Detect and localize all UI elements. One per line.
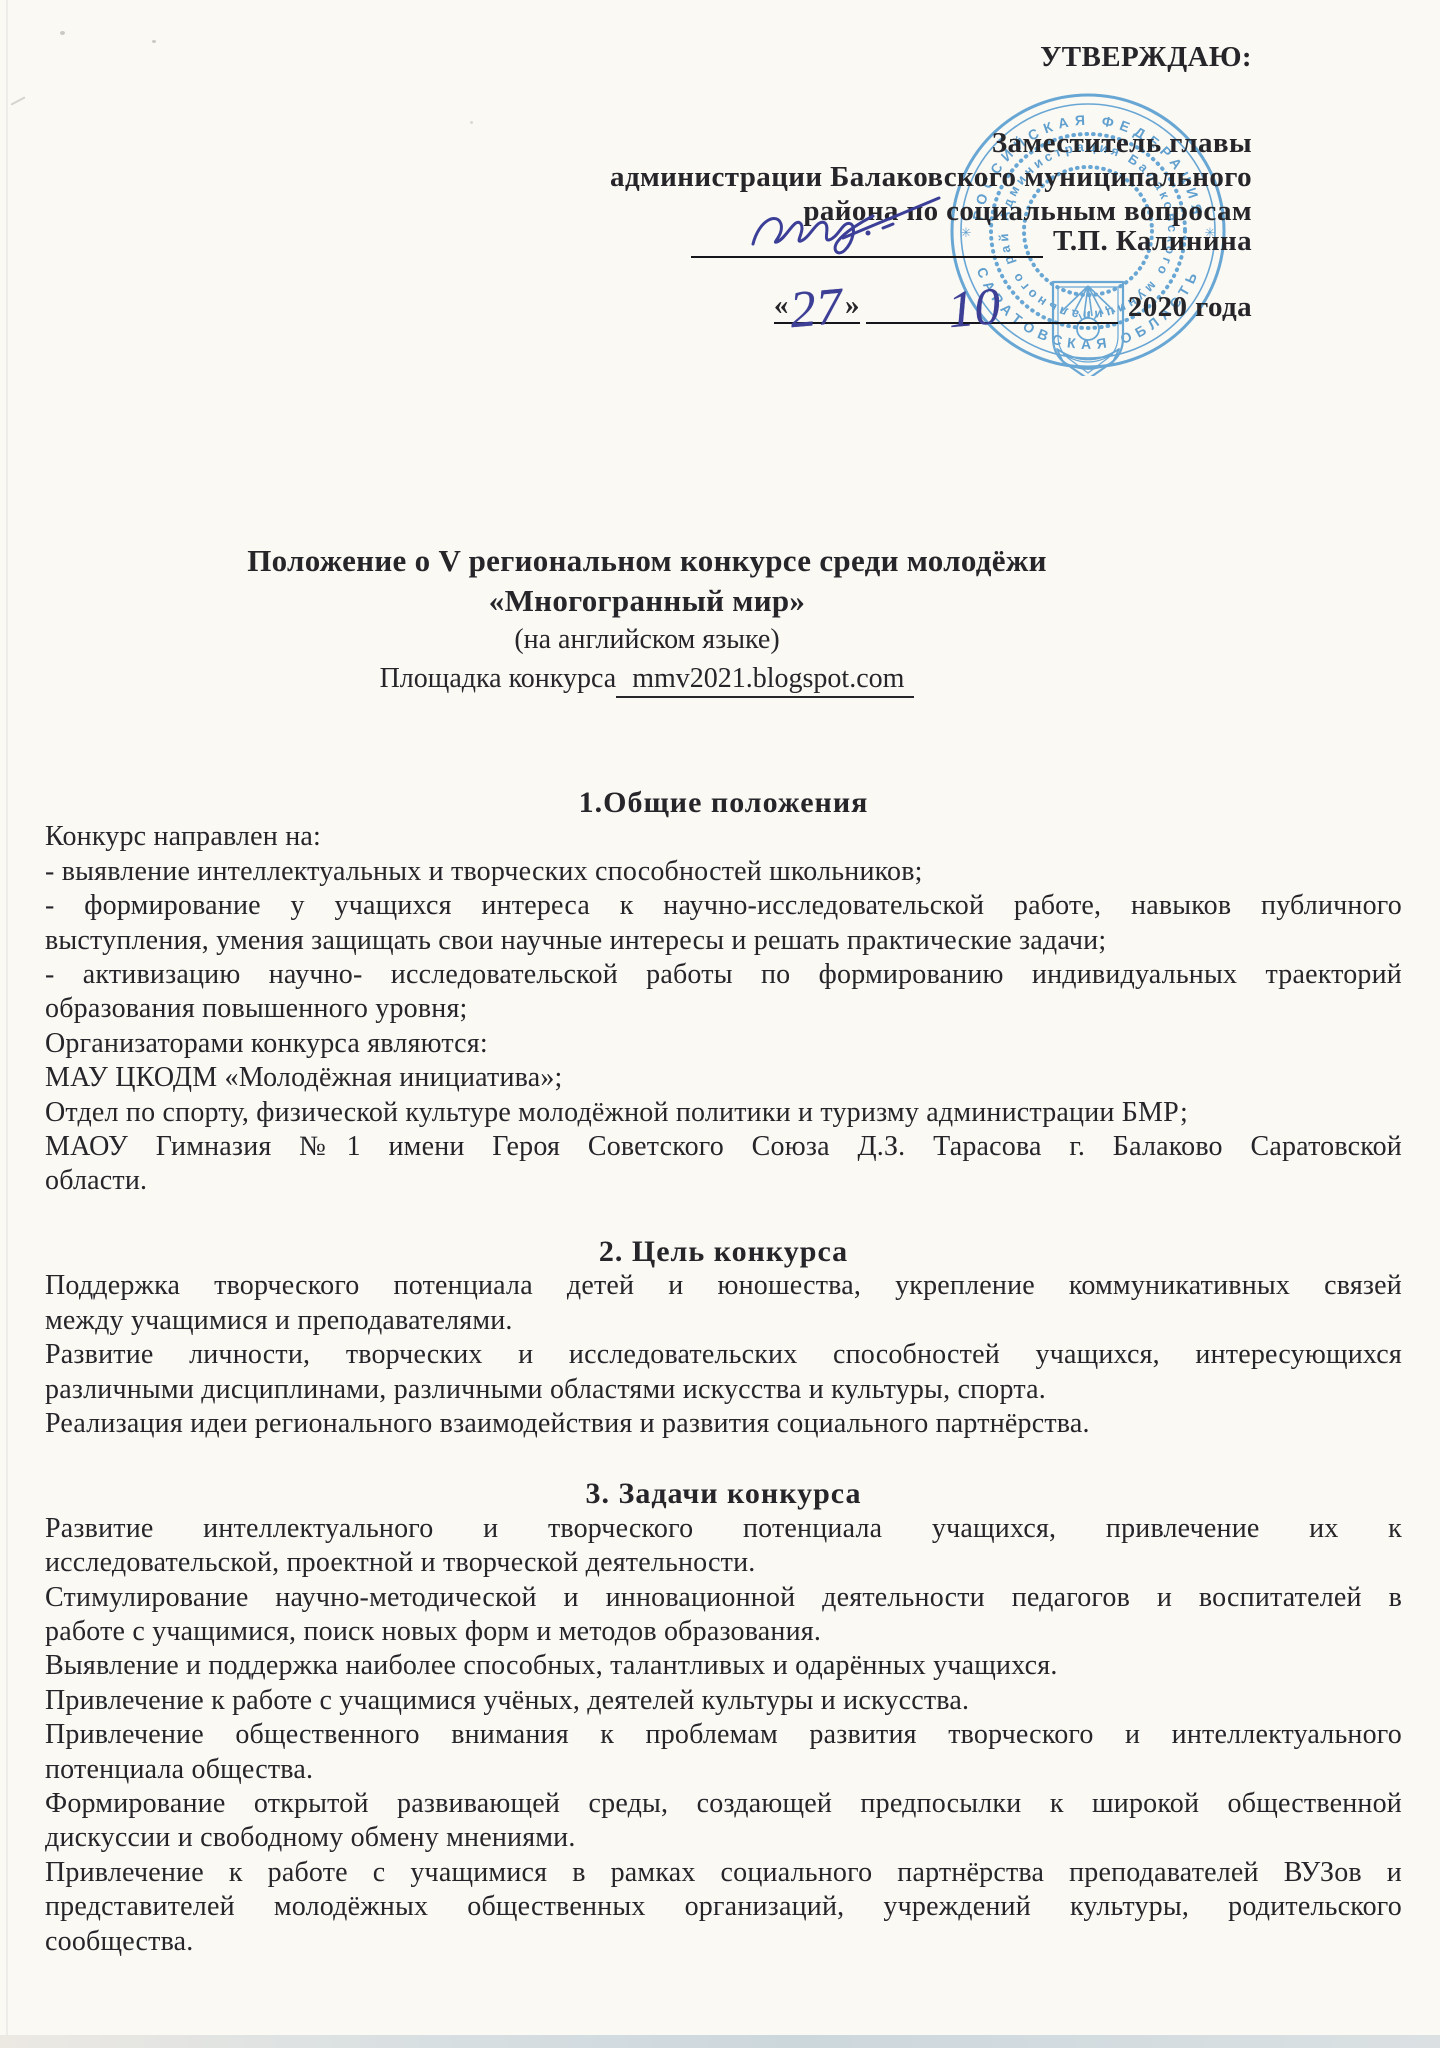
title-line-1: Положение о V региональном конкурсе сред… <box>0 541 1294 581</box>
handwritten-month: 10 <box>946 287 1002 331</box>
text-line: представителей молодёжных общественных о… <box>45 1890 1402 1924</box>
text-line: выступления, умения защищать свои научны… <box>45 924 1402 958</box>
date-day-segment: « 27 » <box>774 292 860 324</box>
date-row: « 27 » 10 2020 года <box>610 290 1252 324</box>
section-heading: 2. Цель конкурса <box>45 1235 1402 1269</box>
document-title-block: Положение о V региональном конкурсе сред… <box>0 541 1294 699</box>
text-line: - активизацию научно- исследовательской … <box>45 958 1402 992</box>
scanned-document-page: РОССИЙСКАЯ ФЕДЕРАЦИЯ САРАТОВСКАЯ ОБЛАСТЬ… <box>0 0 1440 2048</box>
text-line: Привлечение к работе с учащимися учёных,… <box>45 1684 1402 1718</box>
text-line: Формирование открытой развивающей среды,… <box>45 1787 1402 1821</box>
section-general: 1.Общие положения Конкурс направлен на: … <box>45 786 1402 1199</box>
text-line: Стимулирование научно-методической и инн… <box>45 1581 1402 1615</box>
text-line: Привлечение к работе с учащимися в рамка… <box>45 1856 1402 1890</box>
text-line: Поддержка творческого потенциала детей и… <box>45 1269 1402 1303</box>
handwritten-day: 27 <box>788 287 844 331</box>
text-line: МАОУ Гимназия №1 имени Героя Советского … <box>45 1130 1402 1164</box>
title-line-2: «Многогранный мир» <box>0 581 1294 621</box>
text-line: Реализация идеи регионального взаимодейс… <box>45 1407 1402 1441</box>
scan-speck <box>152 40 156 43</box>
text-line: потенциала общества. <box>45 1753 1402 1787</box>
section-goal: 2. Цель конкурса Поддержка творческого п… <box>45 1235 1402 1441</box>
approve-label: УТВЕРЖДАЮ: <box>610 40 1252 74</box>
title-language-note: (на английском языке) <box>0 621 1294 659</box>
approver-title-line: Заместитель главы <box>610 126 1252 160</box>
text-line: между учащимися и преподавателями. <box>45 1304 1402 1338</box>
text-line: Выявление и поддержка наиболее способных… <box>45 1649 1402 1683</box>
signature-line <box>691 230 1043 258</box>
text-line: МАУ ЦКОДМ «Молодёжная инициатива»; <box>45 1061 1402 1095</box>
text-line: Развитие личности, творческих и исследов… <box>45 1338 1402 1372</box>
text-line: различными дисциплинами, различными обла… <box>45 1373 1402 1407</box>
section-heading: 1.Общие положения <box>45 786 1402 820</box>
text-line: Конкурс направлен на: <box>45 820 1402 854</box>
approval-block: УТВЕРЖДАЮ: Заместитель главы администрац… <box>610 40 1252 324</box>
contest-site-url: mmv2021.blogspot.com <box>616 663 914 698</box>
contest-site-label: Площадка конкурса <box>380 663 617 694</box>
scan-edge-artifact <box>6 0 8 2048</box>
close-quote: » <box>845 288 860 322</box>
signature-row: Т.П. Калинина <box>610 228 1252 258</box>
handwritten-signature <box>743 186 983 266</box>
text-line: Привлечение общественного внимания к про… <box>45 1718 1402 1752</box>
text-line: Отдел по спорту, физической культуре мол… <box>45 1096 1402 1130</box>
scan-bottom-edge <box>0 2035 1440 2048</box>
text-line: работе с учащимися, поиск новых форм и м… <box>45 1615 1402 1649</box>
section-tasks: 3. Задачи конкурса Развитие интеллектуал… <box>45 1477 1402 1959</box>
scan-speck <box>60 31 65 35</box>
text-line: сообщества. <box>45 1925 1402 1959</box>
date-year: 2020 года <box>1128 290 1252 324</box>
text-line: дискуссии и свободному обмену мнениями. <box>45 1821 1402 1855</box>
text-line: образования повышенного уровня; <box>45 992 1402 1026</box>
contest-site-line: Площадка конкурсаmmv2021.blogspot.com <box>0 659 1294 699</box>
text-line: Развитие интеллектуального и творческого… <box>45 1512 1402 1546</box>
text-line: области. <box>45 1164 1402 1198</box>
section-heading: 3. Задачи конкурса <box>45 1477 1402 1511</box>
text-line: Организаторами конкурса являются: <box>45 1027 1402 1061</box>
text-line: - выявление интеллектуальных и творчески… <box>45 855 1402 889</box>
text-line: исследовательской, проектной и творческо… <box>45 1546 1402 1580</box>
document-body: 1.Общие положения Конкурс направлен на: … <box>45 786 1402 1959</box>
scan-speck <box>10 96 25 105</box>
open-quote: « <box>774 288 789 322</box>
signer-name: Т.П. Калинина <box>1053 224 1252 258</box>
date-month-segment: 10 <box>866 292 1118 324</box>
text-line: - формирование у учащихся интереса к нау… <box>45 889 1402 923</box>
scan-speck <box>470 121 473 124</box>
